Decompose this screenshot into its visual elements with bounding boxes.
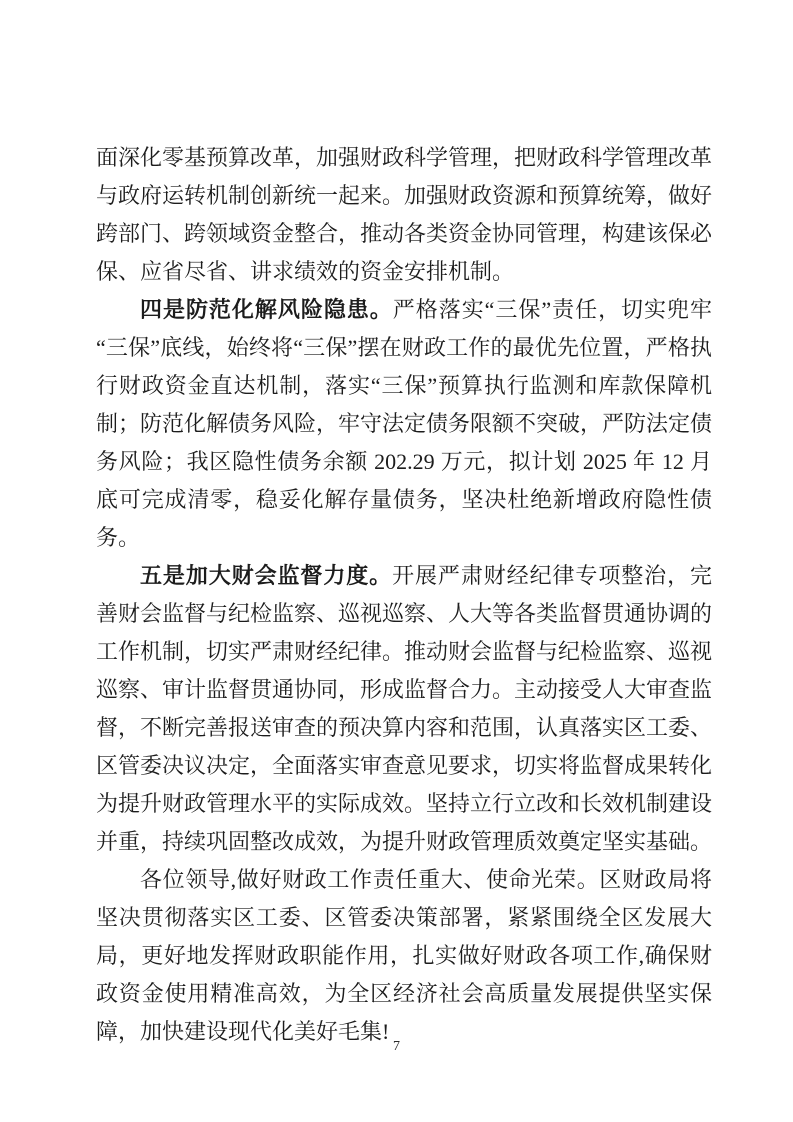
paragraph-text: 各位领导,做好财政工作责任重大、使命光荣。区财政局将坚决贯彻落实区工委、区管委决…	[96, 867, 712, 1044]
paragraph-text: 开展严肃财经纪律专项整治，完善财会监督与纪检监察、巡视巡察、人大等各类监督贯通协…	[96, 563, 712, 854]
paragraph: 四是防范化解风险隐患。严格落实“三保”责任，切实兜牢“三保”底线，始终将“三保”…	[96, 291, 712, 557]
paragraph-lead: 五是加大财会监督力度。	[140, 563, 392, 588]
page-number: 7	[393, 1039, 400, 1054]
page-footer: 7	[0, 1038, 793, 1056]
document-body: 面深化零基预算改革，加强财政科学管理，把财政科学管理改革与政府运转机制创新统一起…	[96, 139, 712, 1051]
document-page: 面深化零基预算改革，加强财政科学管理，把财政科学管理改革与政府运转机制创新统一起…	[0, 0, 793, 1122]
paragraph: 五是加大财会监督力度。开展严肃财经纪律专项整治，完善财会监督与纪检监察、巡视巡察…	[96, 557, 712, 861]
paragraph-text: 严格落实“三保”责任，切实兜牢“三保”底线，始终将“三保”摆在财政工作的最优先位…	[96, 297, 712, 550]
paragraph: 面深化零基预算改革，加强财政科学管理，把财政科学管理改革与政府运转机制创新统一起…	[96, 139, 712, 291]
paragraph-text: 面深化零基预算改革，加强财政科学管理，把财政科学管理改革与政府运转机制创新统一起…	[96, 145, 712, 284]
paragraph-lead: 四是防范化解风险隐患。	[140, 297, 393, 322]
paragraph: 各位领导,做好财政工作责任重大、使命光荣。区财政局将坚决贯彻落实区工委、区管委决…	[96, 861, 712, 1051]
